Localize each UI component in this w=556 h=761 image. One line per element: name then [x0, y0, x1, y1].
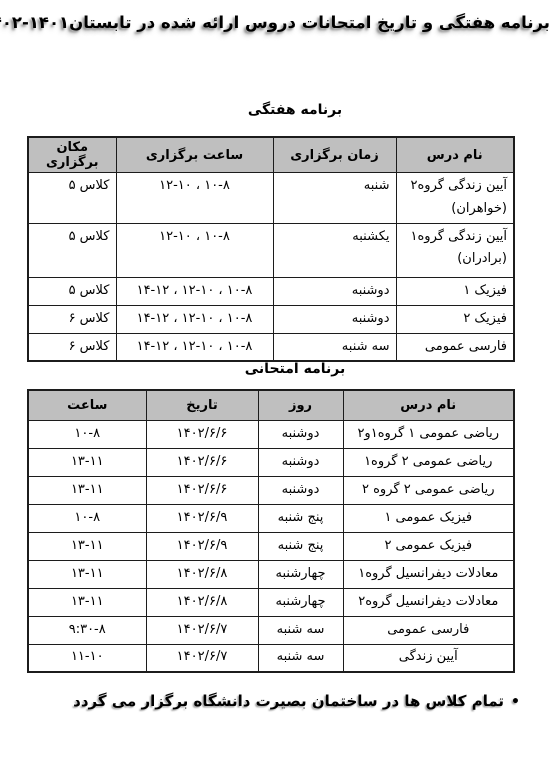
table-row: آیین زندگی گروه۲ (خواهران) شنبه ۱۲-۱۰ ، …: [28, 173, 514, 224]
course-cell: فارسی عمومی: [343, 616, 514, 644]
day-cell: شنبه: [273, 173, 396, 224]
time-cell: ۱۳-۱۱: [28, 588, 146, 616]
date-cell: ۱۴۰۲/۶/۹: [146, 532, 258, 560]
exam-col-header-day: روز: [258, 390, 343, 420]
day-cell: دوشنبه: [258, 476, 343, 504]
time-cell: ۱۳-۱۱: [28, 476, 146, 504]
document-title: برنامه هفتگی و تاریخ امتحانات دروس ارائه…: [4, 13, 550, 32]
weekly-col-header-day: زمان برگزاری: [273, 137, 396, 173]
course-cell: فیزیک عمومی ۲: [343, 532, 514, 560]
date-cell: ۱۴۰۲/۶/۶: [146, 420, 258, 448]
table-row: فارسی عمومی سه شنبه ۱۴۰۲/۶/۷ ۹:۳۰-۸: [28, 616, 514, 644]
table-row: معادلات دیفرانسیل گروه۲ چهارشنبه ۱۴۰۲/۶/…: [28, 588, 514, 616]
time-cell: ۹:۳۰-۸: [28, 616, 146, 644]
day-cell: دوشنبه: [258, 420, 343, 448]
date-cell: ۱۴۰۲/۶/۶: [146, 476, 258, 504]
day-cell: دوشنبه: [273, 305, 396, 333]
course-cell: فیزیک ۱: [396, 277, 514, 305]
date-cell: ۱۴۰۲/۶/۷: [146, 616, 258, 644]
course-cell: معادلات دیفرانسیل گروه۱: [343, 560, 514, 588]
table-row: فیزیک ۱ دوشنبه ۱۴-۱۲ ، ۱۲-۱۰ ، ۱۰-۸ کلاس…: [28, 277, 514, 305]
day-cell: پنج شنبه: [258, 504, 343, 532]
time-cell: ۱۳-۱۱: [28, 560, 146, 588]
day-cell: دوشنبه: [258, 448, 343, 476]
table-row: فیزیک عمومی ۲ پنج شنبه ۱۴۰۲/۶/۹ ۱۳-۱۱: [28, 532, 514, 560]
course-cell: ریاضی عمومی ۲ گروه ۲: [343, 476, 514, 504]
exam-schedule-table: نام درس روز تاریخ ساعت ریاضی عمومی ۱ گرو…: [27, 389, 515, 673]
weekly-schedule-table: نام درس زمان برگزاری ساعت برگزاری مکان ب…: [27, 136, 515, 362]
course-cell: آیین زندگی گروه۲ (خواهران): [396, 173, 514, 224]
place-cell: کلاس ۵: [28, 173, 116, 224]
exam-col-header-date: تاریخ: [146, 390, 258, 420]
table-row: آیین زندگی سه شنبه ۱۴۰۲/۶/۷ ۱۱-۱۰: [28, 644, 514, 672]
document-page: { "title": { "text": "برنامه هفتگی و تار…: [0, 0, 556, 761]
exam-header-row: نام درس روز تاریخ ساعت: [28, 390, 514, 420]
course-cell: فارسی عمومی: [396, 333, 514, 361]
day-cell: سه شنبه: [258, 616, 343, 644]
exam-col-header-course: نام درس: [343, 390, 514, 420]
table-row: فارسی عمومی سه شنبه ۱۴-۱۲ ، ۱۲-۱۰ ، ۱۰-۸…: [28, 333, 514, 361]
table-row: فیزیک ۲ دوشنبه ۱۴-۱۲ ، ۱۲-۱۰ ، ۱۰-۸ کلاس…: [28, 305, 514, 333]
date-cell: ۱۴۰۲/۶/۶: [146, 448, 258, 476]
weekly-section-heading: برنامه هفتگی: [52, 102, 538, 118]
date-cell: ۱۴۰۲/۶/۸: [146, 560, 258, 588]
day-cell: دوشنبه: [273, 277, 396, 305]
time-cell: ۱۳-۱۱: [28, 532, 146, 560]
date-cell: ۱۴۰۲/۶/۹: [146, 504, 258, 532]
time-cell: ۱۰-۸: [28, 504, 146, 532]
place-cell: کلاس ۵: [28, 277, 116, 305]
course-cell: آیین زندگی: [343, 644, 514, 672]
course-cell: ریاضی عمومی ۱ گروه۱و۲: [343, 420, 514, 448]
time-cell: ۱۴-۱۲ ، ۱۲-۱۰ ، ۱۰-۸: [116, 305, 273, 333]
day-cell: یکشنبه: [273, 223, 396, 277]
table-row: ریاضی عمومی ۲ گروه۱ دوشنبه ۱۴۰۲/۶/۶ ۱۳-۱…: [28, 448, 514, 476]
day-cell: سه شنبه: [273, 333, 396, 361]
exam-section-heading: برنامه امتحانی: [52, 361, 538, 377]
exam-col-header-time: ساعت: [28, 390, 146, 420]
date-cell: ۱۴۰۲/۶/۷: [146, 644, 258, 672]
time-cell: ۱۱-۱۰: [28, 644, 146, 672]
document-title-years: ۱۴۰۲-۱۴۰۱: [0, 13, 69, 32]
footer-note: •تمام کلاس ها در ساختمان بصیرت دانشگاه ب…: [73, 692, 520, 710]
weekly-col-header-course: نام درس: [396, 137, 514, 173]
time-cell: ۱۴-۱۲ ، ۱۲-۱۰ ، ۱۰-۸: [116, 277, 273, 305]
course-cell: ریاضی عمومی ۲ گروه۱: [343, 448, 514, 476]
weekly-header-row: نام درس زمان برگزاری ساعت برگزاری مکان ب…: [28, 137, 514, 173]
table-row: ریاضی عمومی ۱ گروه۱و۲ دوشنبه ۱۴۰۲/۶/۶ ۱۰…: [28, 420, 514, 448]
day-cell: چهارشنبه: [258, 588, 343, 616]
time-cell: ۱۲-۱۰ ، ۱۰-۸: [116, 223, 273, 277]
course-cell: فیزیک عمومی ۱: [343, 504, 514, 532]
table-row: ریاضی عمومی ۲ گروه ۲ دوشنبه ۱۴۰۲/۶/۶ ۱۳-…: [28, 476, 514, 504]
table-row: معادلات دیفرانسیل گروه۱ چهارشنبه ۱۴۰۲/۶/…: [28, 560, 514, 588]
time-cell: ۱۰-۸: [28, 420, 146, 448]
document-title-text: برنامه هفتگی و تاریخ امتحانات دروس ارائه…: [69, 13, 550, 32]
course-cell: فیزیک ۲: [396, 305, 514, 333]
course-cell: معادلات دیفرانسیل گروه۲: [343, 588, 514, 616]
place-cell: کلاس ۶: [28, 333, 116, 361]
date-cell: ۱۴۰۲/۶/۸: [146, 588, 258, 616]
day-cell: چهارشنبه: [258, 560, 343, 588]
table-row: فیزیک عمومی ۱ پنج شنبه ۱۴۰۲/۶/۹ ۱۰-۸: [28, 504, 514, 532]
time-cell: ۱۲-۱۰ ، ۱۰-۸: [116, 173, 273, 224]
day-cell: پنج شنبه: [258, 532, 343, 560]
bullet-icon: •: [511, 694, 520, 710]
day-cell: سه شنبه: [258, 644, 343, 672]
place-cell: کلاس ۶: [28, 305, 116, 333]
footer-note-text: تمام کلاس ها در ساختمان بصیرت دانشگاه بر…: [73, 692, 504, 710]
time-cell: ۱۴-۱۲ ، ۱۲-۱۰ ، ۱۰-۸: [116, 333, 273, 361]
time-cell: ۱۳-۱۱: [28, 448, 146, 476]
weekly-col-header-place: مکان برگزاری: [28, 137, 116, 173]
course-cell: آیین زندگی گروه۱ (برادران): [396, 223, 514, 277]
place-cell: کلاس ۵: [28, 223, 116, 277]
table-row: آیین زندگی گروه۱ (برادران) یکشنبه ۱۲-۱۰ …: [28, 223, 514, 277]
weekly-col-header-time: ساعت برگزاری: [116, 137, 273, 173]
